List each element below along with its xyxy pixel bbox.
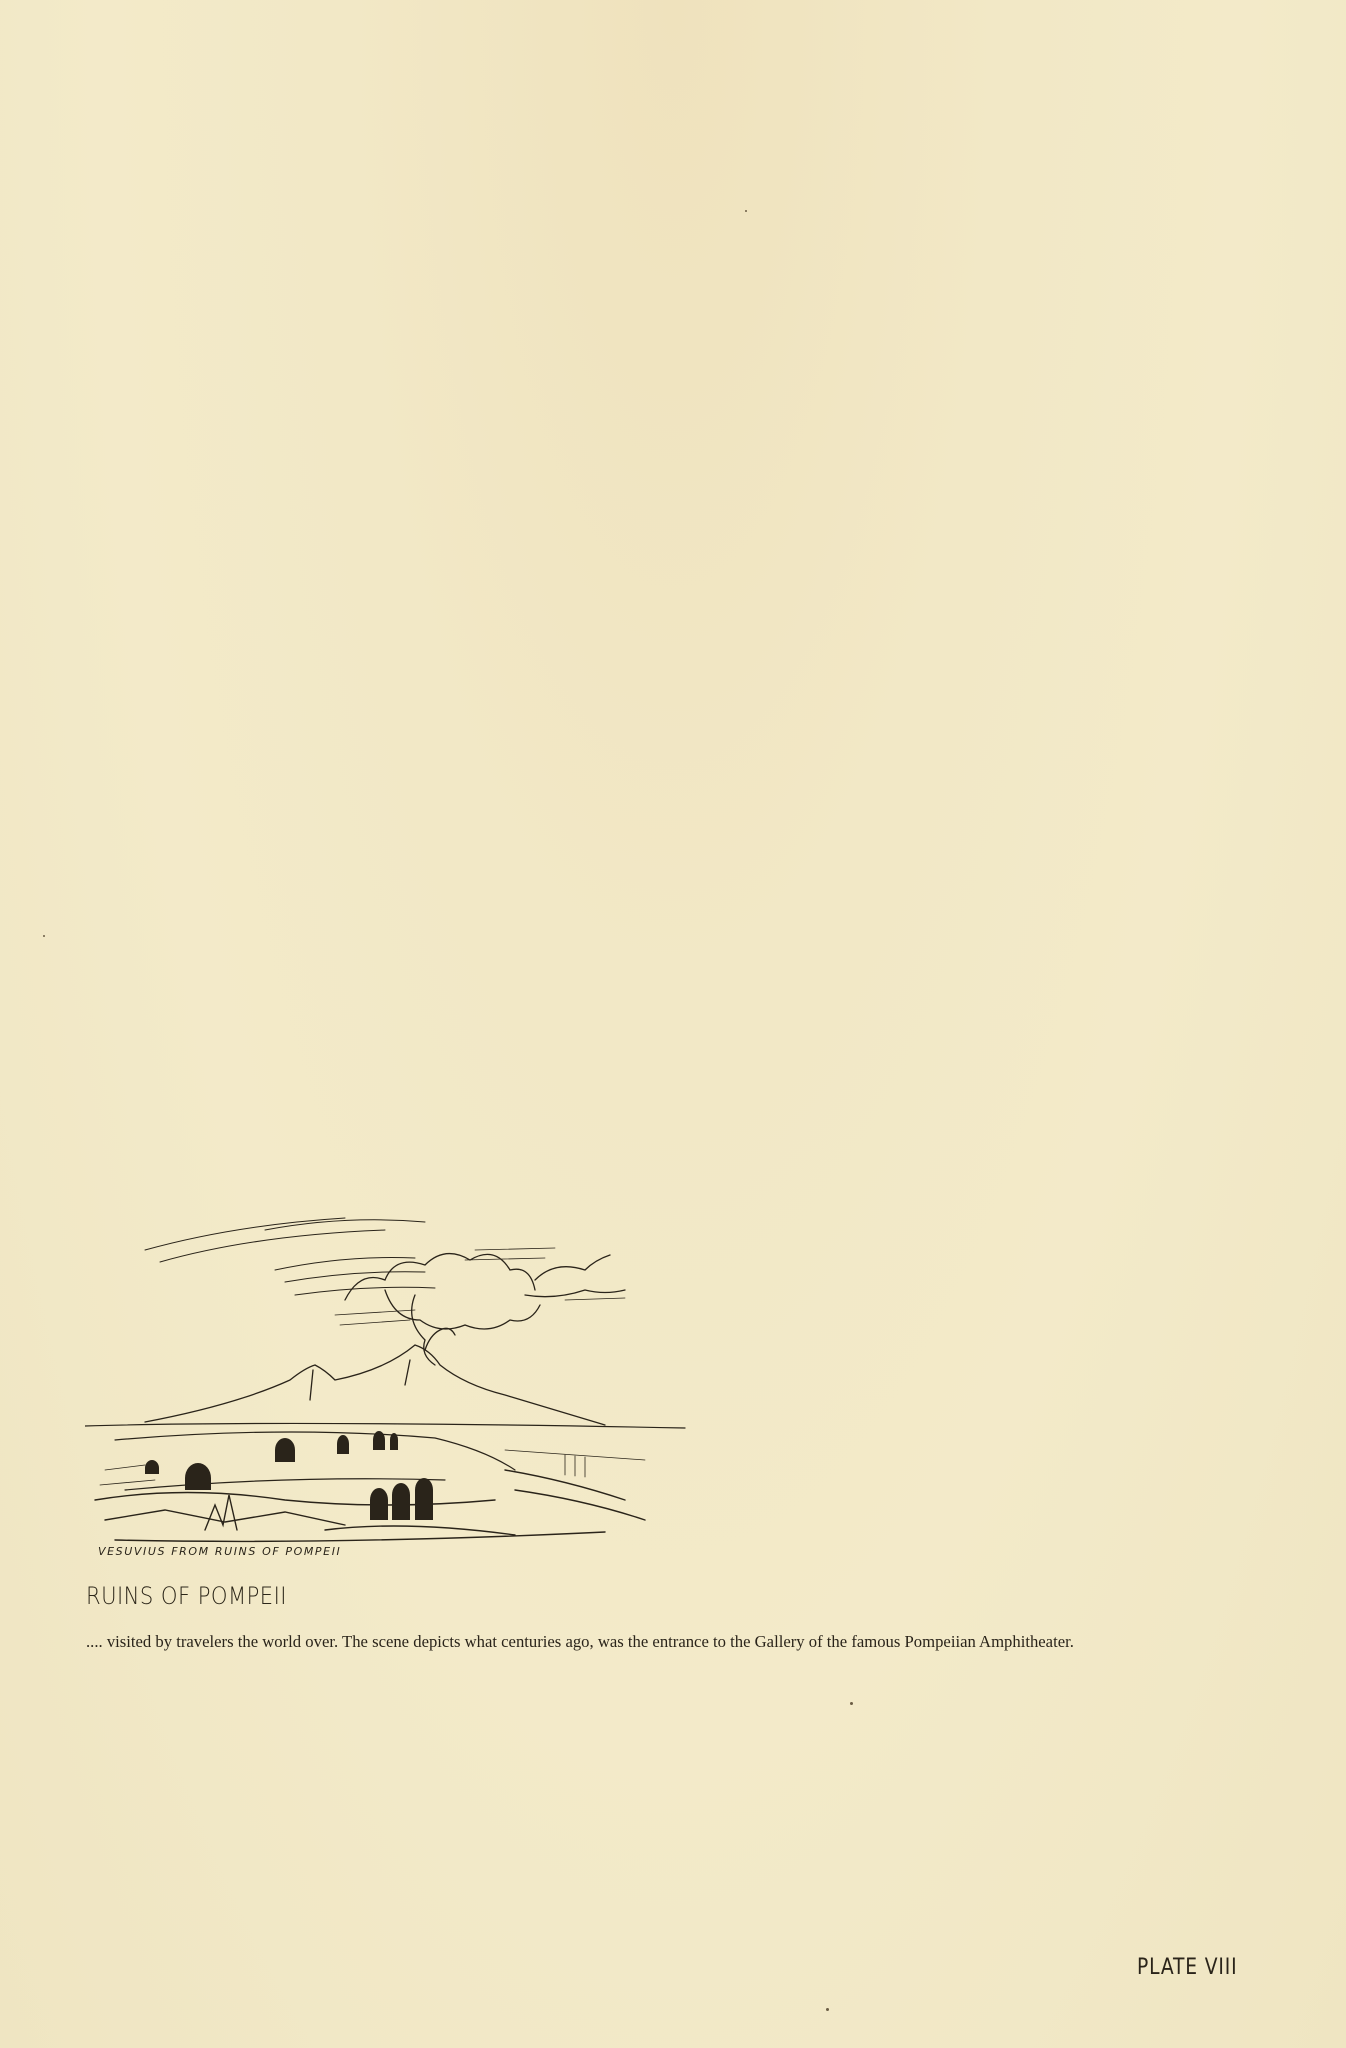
vesuvius-illustration [85,1200,715,1545]
paper-speck [826,2008,829,2011]
volcano-sketch-icon [85,1200,715,1545]
illustration-caption: VESUVIUS FROM RUINS OF POMPEII [98,1545,341,1558]
paper-speck [850,1702,853,1705]
article-title: RUINS OF POMPEII [86,1582,287,1610]
paper-speck [745,210,747,212]
plate-number: PLATE VIII [1137,1955,1237,1980]
paper-speck [43,935,45,937]
article-body: .... visited by travelers the world over… [86,1631,1164,1653]
